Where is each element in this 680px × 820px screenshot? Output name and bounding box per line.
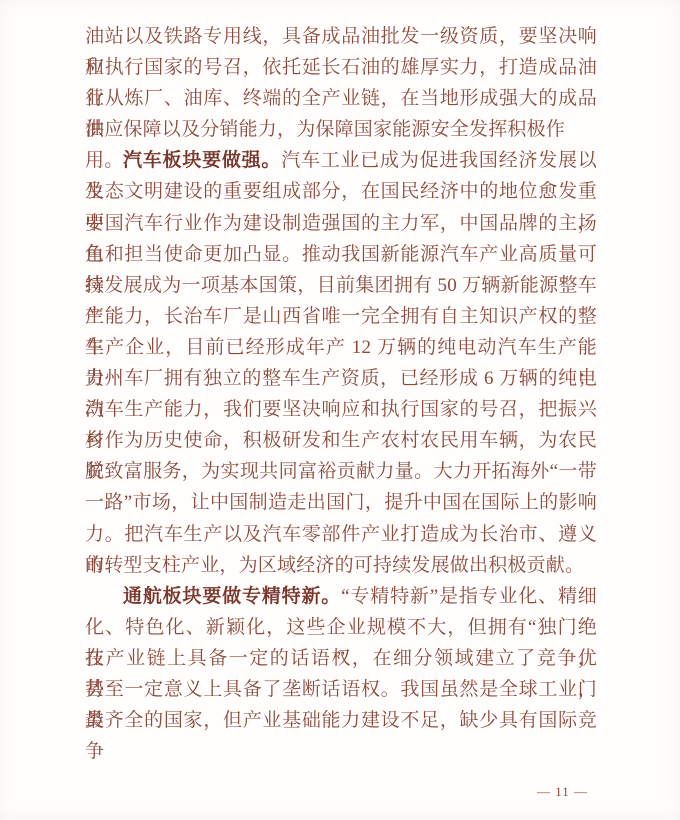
text-line: 一路”市场，让中国制造走出国门，提升中国在国际上的影响 xyxy=(85,487,597,518)
text-line: 贵州车厂拥有独立的整车生产资质，已经形成 6 万辆的纯电动 xyxy=(85,363,597,394)
paragraph-lead-bold: 汽车板块要做强。 xyxy=(123,150,281,171)
text-line: 和执行国家的号召，依托延长石油的雄厚实力，打造成品油行 xyxy=(85,52,597,83)
text-line: 最齐全的国家，但产业基础能力建设不足，缺少具有国际竞争 xyxy=(85,705,597,736)
paragraph-lead-bold: 通航板块要做专精特新。 xyxy=(123,586,341,607)
page-number: — 11 — xyxy=(537,784,588,800)
text-line: 供应保障以及分销能力，为保障国家能源安全发挥积极作用。 xyxy=(85,114,597,145)
line-text: “专精特新”是指专业化、精细 xyxy=(341,586,597,607)
text-line: 业从炼厂、油库、终端的全产业链，在当地形成强大的成品油 xyxy=(85,83,597,114)
text-line: 汽车生产能力，我们要坚决响应和执行国家的号召，把振兴乡 xyxy=(85,394,597,425)
text-line: 化、特色化、新颖化，这些企业规模不大，但拥有“独门绝技”， xyxy=(85,612,597,643)
text-line: 贫致富服务，为实现共同富裕贡献力量。大力开拓海外“一带 xyxy=(85,456,597,487)
document-page: 油站以及铁路专用线，具备成品油批发一级资质，要坚决响应和执行国家的号召，依托延长… xyxy=(0,0,680,820)
text-line: 甚至一定意义上具备了垄断话语权。我国虽然是全球工业门类 xyxy=(85,674,597,705)
text-block: 油站以及铁路专用线，具备成品油批发一级资质，要坚决响应和执行国家的号召，依托延长… xyxy=(85,21,597,736)
text-line: 力。把汽车生产以及汽车零部件产业打造成为长治市、遵义市 xyxy=(85,519,597,550)
text-line: 通航板块要做专精特新。“专精特新”是指专业化、精细 xyxy=(85,581,597,612)
text-line: 在产业链上具备一定的话语权，在细分领域建立了竞争优势， xyxy=(85,643,597,674)
text-line: 村作为历史使命，积极研发和生产农村农民用车辆，为农民脱 xyxy=(85,425,597,456)
text-line: 产能力，长治车厂是山西省唯一完全拥有自主知识产权的整车 xyxy=(85,301,597,332)
text-line: 续发展成为一项基本国策，目前集团拥有 50 万辆新能源整车生 xyxy=(85,270,597,301)
text-line: 的转型支柱产业，为区域经济的可持续发展做出积极贡献。 xyxy=(85,550,597,581)
text-line: 生态文明建设的重要组成部分，在国民经济中的地位愈发重要， xyxy=(85,176,597,207)
text-line: 油站以及铁路专用线，具备成品油批发一级资质，要坚决响应 xyxy=(85,21,597,52)
text-line: 中国汽车行业作为建设制造强国的主力军，中国品牌的主场角 xyxy=(85,208,597,239)
text-line: 生产企业，目前已经形成年产 12 万辆的纯电动汽车生产能力； xyxy=(85,332,597,363)
text-line: 色和担当使命更加凸显。推动我国新能源汽车产业高质量可持 xyxy=(85,239,597,270)
text-line: 汽车板块要做强。汽车工业已成为促进我国经济发展以及 xyxy=(85,145,597,176)
